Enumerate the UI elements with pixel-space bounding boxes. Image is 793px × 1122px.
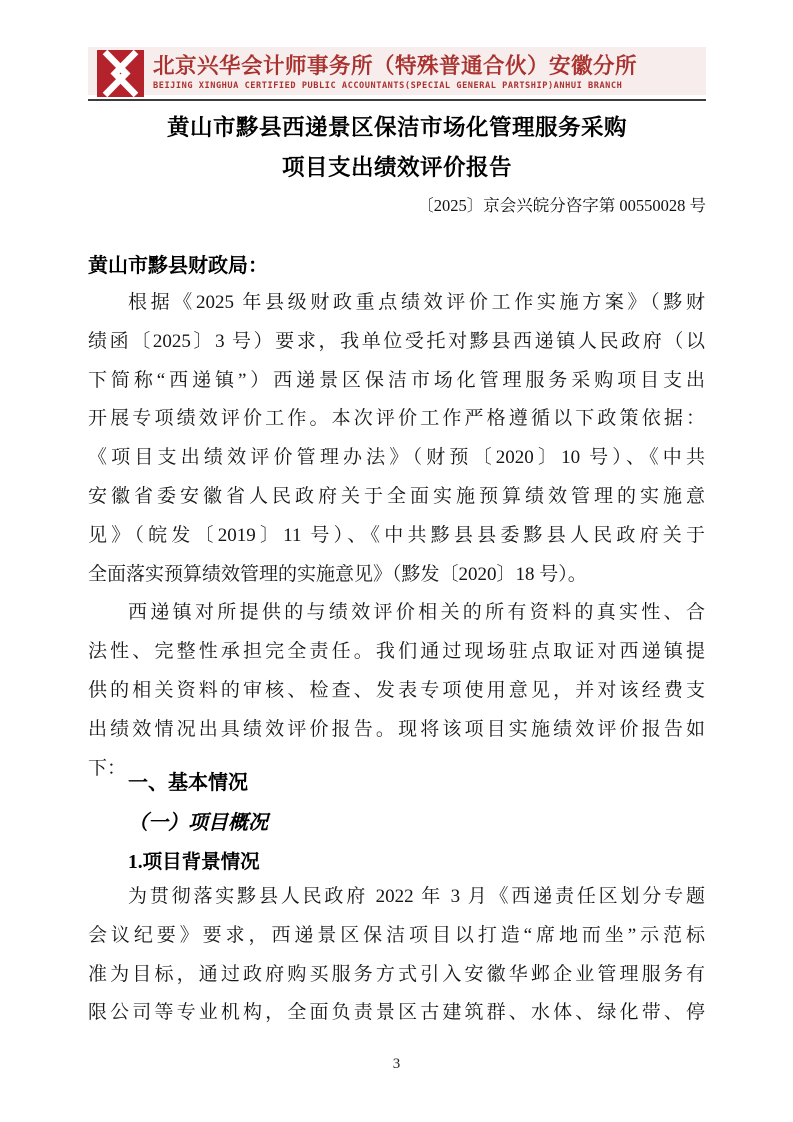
text-line: 西递镇对所提供的与绩效评价相关的所有资料的真实性、合 [88,594,705,633]
text-line: 绩函〔2025〕3 号）要求，我单位受托对黟县西递镇人民政府（以 [88,323,705,362]
text-line: 准为目标，通过政府购买服务方式引入安徽华邺企业管理服务有 [88,956,705,995]
body-paragraph-3: 为贯彻落实黟县人民政府 2022 年 3 月《西递责任区划分专题 会议纪要》要求… [88,878,705,1033]
section-heading-1: 一、基本情况 [128,766,706,795]
text-line: 开展专项绩效评价工作。本次评价工作严格遵循以下政策依据： [88,400,705,439]
text-line: 安徽省委安徽省人民政府关于全面实施预算绩效管理的实施意 [88,478,705,517]
section-heading-2: （一）项目概况 [128,806,706,835]
text-line: 限公司等专业机构，全面负责景区古建筑群、水体、绿化带、停 [88,994,705,1033]
document-number: 〔2025〕京会兴皖分咨字第 00550028 号 [88,192,706,216]
section-heading-3: 1.项目背景情况 [128,846,706,874]
letterhead-divider [88,99,706,101]
text-line: 见》（皖发〔2019〕11 号）、《中共黟县县委黟县人民政府关于 [88,517,705,556]
text-line: 下简称“西递镇”）西递景区保洁市场化管理服务采购项目支出 [88,362,705,401]
text-line: 《项目支出绩效评价管理办法》（财预〔2020〕10 号）、《中共 [88,439,705,478]
company-name-cn: 北京兴华会计师事务所（特殊普通合伙）安徽分所 [153,49,706,79]
body-paragraphs-1-2: 根据《2025 年县级财政重点绩效评价工作实施方案》（黟财 绩函〔2025〕3 … [88,284,705,788]
text-line: 会议纪要》要求，西递景区保洁项目以打造“席地而坐”示范标 [88,917,705,956]
text-line: 供的相关资料的审核、检查、发表专项使用意见，并对该经费支 [88,672,705,711]
text-line: 出绩效情况出具绩效评价报告。现将该项目实施绩效评价报告如 [88,711,705,750]
text-line: 法性、完整性承担完全责任。我们通过现场驻点取证对西递镇提 [88,633,705,672]
company-name-en: BEIJING XINGHUA CERTIFIED PUBLIC ACCOUNT… [153,81,706,93]
text-line: 为贯彻落实黟县人民政府 2022 年 3 月《西递责任区划分专题 [88,878,705,917]
text-line: 全面落实预算绩效管理的实施意见》（黟发〔2020〕18 号）。 [88,556,705,595]
document-page: 北京兴华会计师事务所（特殊普通合伙）安徽分所 BEIJING XINGHUA C… [0,0,793,1122]
report-title-line1: 黄山市黟县西递景区保洁市场化管理服务采购 [88,110,706,142]
salutation: 黄山市黟县财政局： [88,249,706,278]
report-title-line2: 项目支出绩效评价报告 [88,150,706,182]
page-number: 3 [0,1056,793,1073]
text-line: 根据《2025 年县级财政重点绩效评价工作实施方案》（黟财 [88,284,705,323]
xinghua-logo-icon [97,50,144,97]
